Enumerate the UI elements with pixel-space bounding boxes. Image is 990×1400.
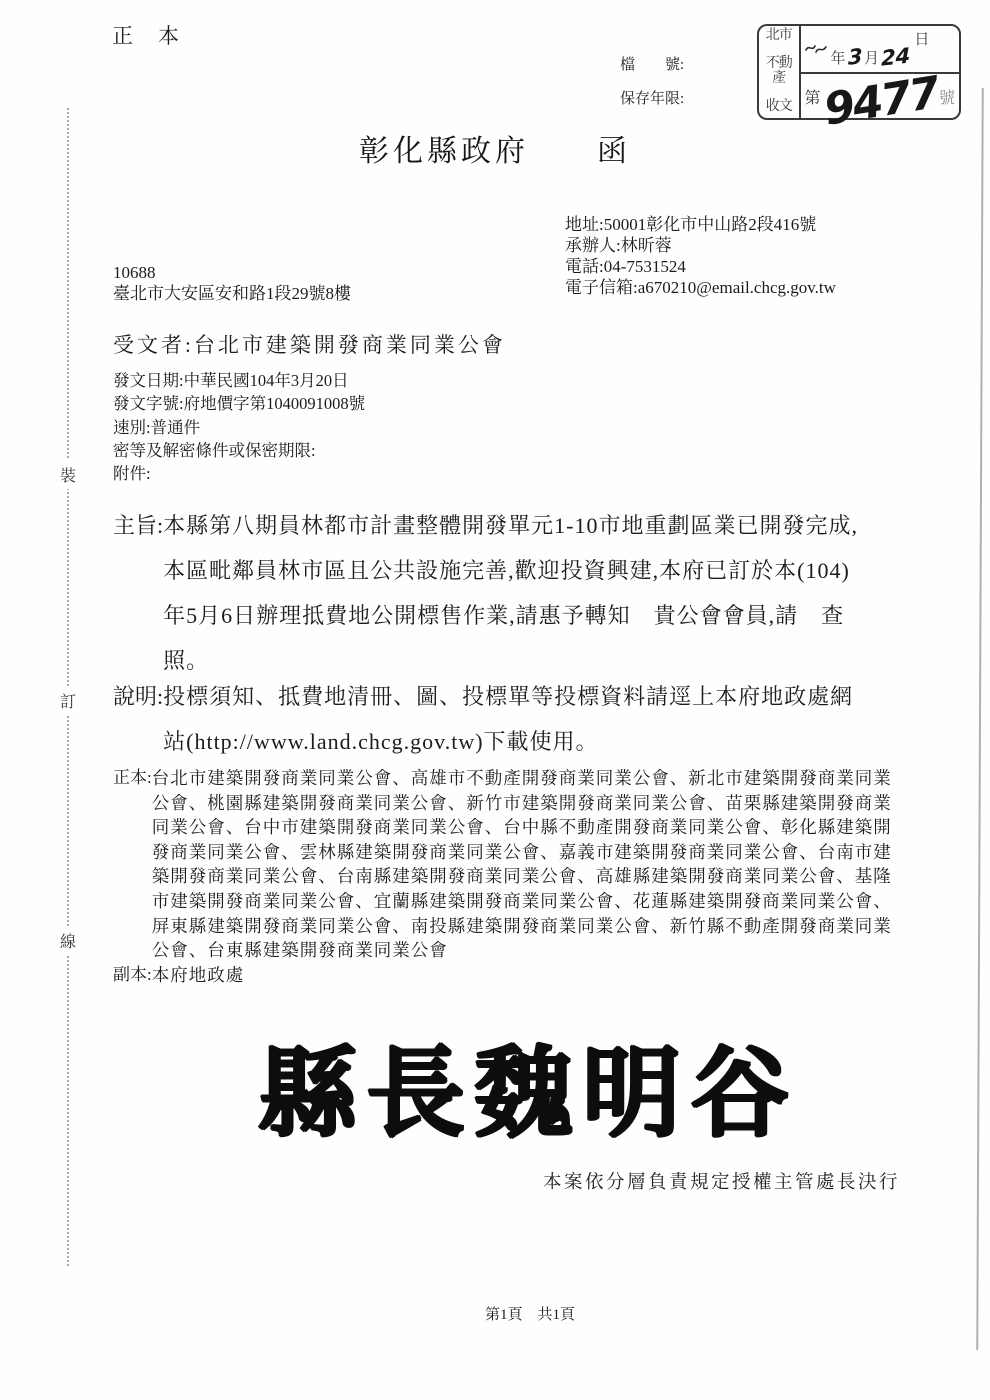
attachment-line: 附件:: [113, 462, 365, 485]
retention-period-label: 保存年限:: [620, 82, 684, 116]
sender-address-line: 地址:50001彰化市中山路2段416號: [565, 214, 836, 235]
description-text: 投標須知、抵費地清冊、圖、投標單等投標資料請逕上本府地政處網站(http://w…: [163, 674, 865, 764]
priority-line: 速別:普通件: [113, 416, 365, 439]
receipt-stamp: 北市 不動產 收文 年 3 月 24 日 第 9477 號: [757, 24, 961, 120]
scan-edge-line: [976, 88, 984, 1350]
subject-section: 主旨: 本縣第八期員林都市計畫整體開發單元1-10市地重劃區業已開發完成,本區毗…: [113, 503, 865, 683]
stamp-number-row: 第 9477 號: [801, 74, 960, 118]
stamp-number-handwritten: 9477: [821, 71, 941, 132]
binding-mark-ding: 訂: [58, 686, 78, 715]
original-recipients-list: 台北市建築開發商業同業公會、高雄市不動產開發商業同業公會、新北市建築開發商業同業…: [152, 766, 894, 963]
stamp-org-row-1: 北市: [760, 29, 798, 44]
original-recipients-label: 正本:: [113, 766, 152, 791]
classification-line: 密等及解密條件或保密期限:: [113, 439, 365, 462]
subject-text: 本縣第八期員林都市計畫整體開發單元1-10市地重劃區業已開發完成,本區毗鄰員林市…: [163, 503, 865, 683]
stamp-year-label: 年: [831, 47, 846, 68]
copy-recipients-label: 副本:: [113, 963, 152, 988]
authorization-note: 本案依分層負責規定授權主管處長決行: [543, 1168, 900, 1194]
file-meta-labels: 檔 號: 保存年限:: [620, 48, 684, 116]
stamp-month-label: 月: [864, 47, 879, 68]
binding-mark-xian: 線: [58, 926, 78, 955]
scanned-letter-page: 裝 訂 線 正 本 檔 號: 保存年限: 北市 不動產 收文 年 3 月 24 …: [0, 0, 990, 1400]
stamp-right-area: 年 3 月 24 日 第 9477 號: [801, 26, 960, 118]
stamp-org-column: 北市 不動產 收文: [759, 26, 801, 118]
document-title: 彰化縣政府 函: [0, 126, 990, 170]
sender-contact-person-line: 承辦人:林昕蓉: [565, 235, 836, 256]
original-recipients-row: 正本: 台北市建築開發商業同業公會、高雄市不動產開發商業同業公會、新北市建築開發…: [113, 766, 923, 963]
document-meta-block: 發文日期:中華民國104年3月20日 發文字號:府地價字第1040091008號…: [113, 369, 365, 485]
stamp-date-row: 年 3 月 24 日: [801, 26, 960, 74]
addressee-line: 受文者:台北市建築開發商業同業公會: [113, 329, 506, 359]
description-label: 說明:: [113, 674, 163, 719]
stamp-number-suffix: 號: [939, 85, 955, 108]
description-section: 說明: 投標須知、抵費地清冊、圖、投標單等投標資料請逕上本府地政處網站(http…: [113, 674, 865, 764]
subject-label: 主旨:: [113, 503, 163, 548]
handwritten-year-scribble: [805, 40, 827, 56]
file-number-label: 檔 號:: [620, 48, 684, 82]
stamp-org-row-3: 收文: [760, 100, 798, 115]
issue-number-line: 發文字號:府地價字第1040091008號: [113, 392, 365, 415]
distribution-section: 正本: 台北市建築開發商業同業公會、高雄市不動產開發商業同業公會、新北市建築開發…: [113, 766, 923, 987]
binding-mark-zhuang: 裝: [58, 460, 78, 489]
sender-contact-block: 地址:50001彰化市中山路2段416號 承辦人:林昕蓉 電話:04-75315…: [565, 214, 836, 298]
page-footer: 第1頁 共1頁: [0, 1303, 990, 1324]
recipient-street-address: 臺北市大安區安和路1段29號8樓: [113, 283, 351, 304]
copy-recipients-list: 本府地政處: [152, 963, 894, 988]
copy-recipients-row: 副本: 本府地政處: [113, 963, 923, 988]
stamp-day-label: 日: [914, 28, 929, 49]
stamp-month-handwritten: 3: [848, 46, 863, 69]
stamp-org-row-2: 不動產: [760, 57, 798, 86]
recipient-postal-block: 10688 臺北市大安區安和路1段29號8樓: [113, 262, 351, 304]
recipient-postal-code: 10688: [113, 262, 351, 283]
stamp-number-prefix: 第: [805, 85, 821, 108]
stamp-day-handwritten: 24: [881, 45, 910, 69]
sender-email-line: 電子信箱:a670210@email.chcg.gov.tw: [565, 277, 836, 298]
sender-phone-line: 電話:04-7531524: [565, 256, 836, 277]
governor-signature: 縣長魏明谷: [258, 1014, 798, 1155]
copy-type-label: 正 本: [112, 20, 181, 50]
issue-date-line: 發文日期:中華民國104年3月20日: [113, 369, 365, 392]
